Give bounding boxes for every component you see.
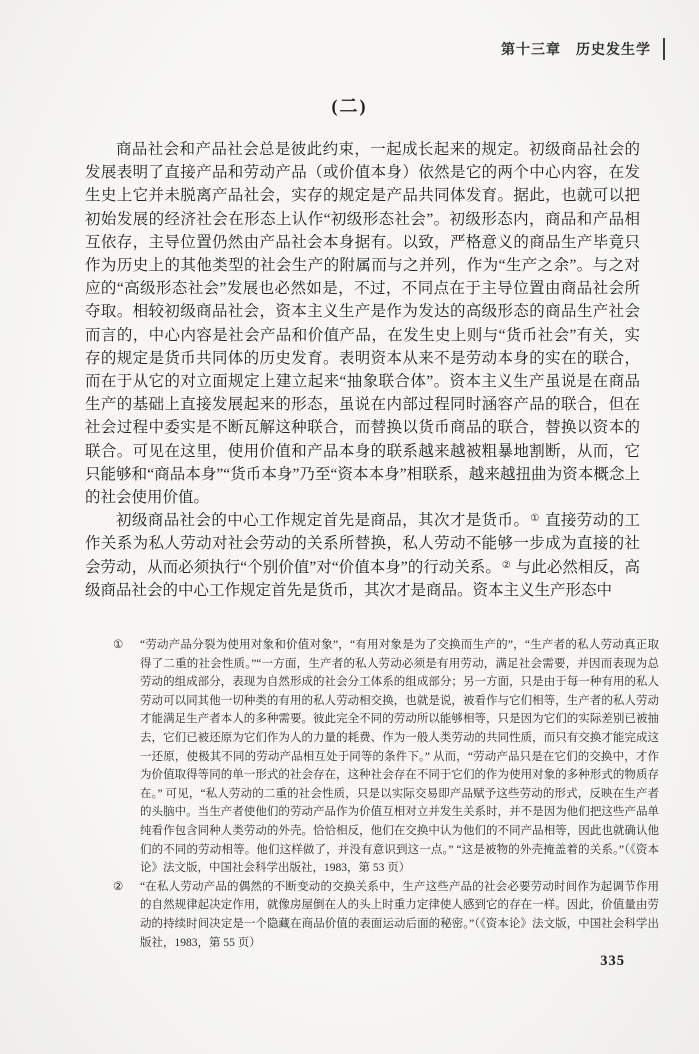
footnote: ①“劳动产品分裂为使用对象和价值对象”，“有用对象是为了交换而生产的”，“生产者… (113, 636, 659, 878)
body-paragraphs: 商品社会和产品社会总是彼此约束，一起成长起来的规定。初级商品社会的发展表明了直接… (85, 138, 640, 602)
footnote-marker: ② (113, 878, 140, 952)
footnote-marker: ① (113, 636, 140, 878)
page-number: 335 (600, 953, 625, 970)
footnote-ref: ① (529, 513, 540, 524)
footnote-ref: ② (501, 560, 512, 571)
running-head: 第十三章 历史发生学 (501, 38, 665, 60)
chapter-title: 第十三章 历史发生学 (501, 39, 651, 59)
running-head-rule (663, 38, 665, 60)
footnote-text: “在私人劳动产品的偶然的不断变动的交换关系中，生产这些产品的社会必要劳动时间作为… (140, 878, 659, 952)
section-title: (二) (0, 92, 699, 118)
paragraph: 商品社会和产品社会总是彼此约束，一起成长起来的规定。初级商品社会的发展表明了直接… (85, 138, 640, 509)
footnotes: ①“劳动产品分裂为使用对象和价值对象”，“有用对象是为了交换而生产的”，“生产者… (113, 636, 659, 952)
footnote: ②“在私人劳动产品的偶然的不断变动的交换关系中，生产这些产品的社会必要劳动时间作… (113, 878, 659, 952)
footnote-text: “劳动产品分裂为使用对象和价值对象”，“有用对象是为了交换而生产的”，“生产者的… (140, 636, 659, 878)
book-page: 第十三章 历史发生学 (二) 商品社会和产品社会总是彼此约束，一起成长起来的规定… (0, 0, 699, 1054)
paragraph: 初级商品社会的中心工作规定首先是商品，其次才是货币。① 直接劳动的工作关系为私人… (85, 509, 640, 602)
